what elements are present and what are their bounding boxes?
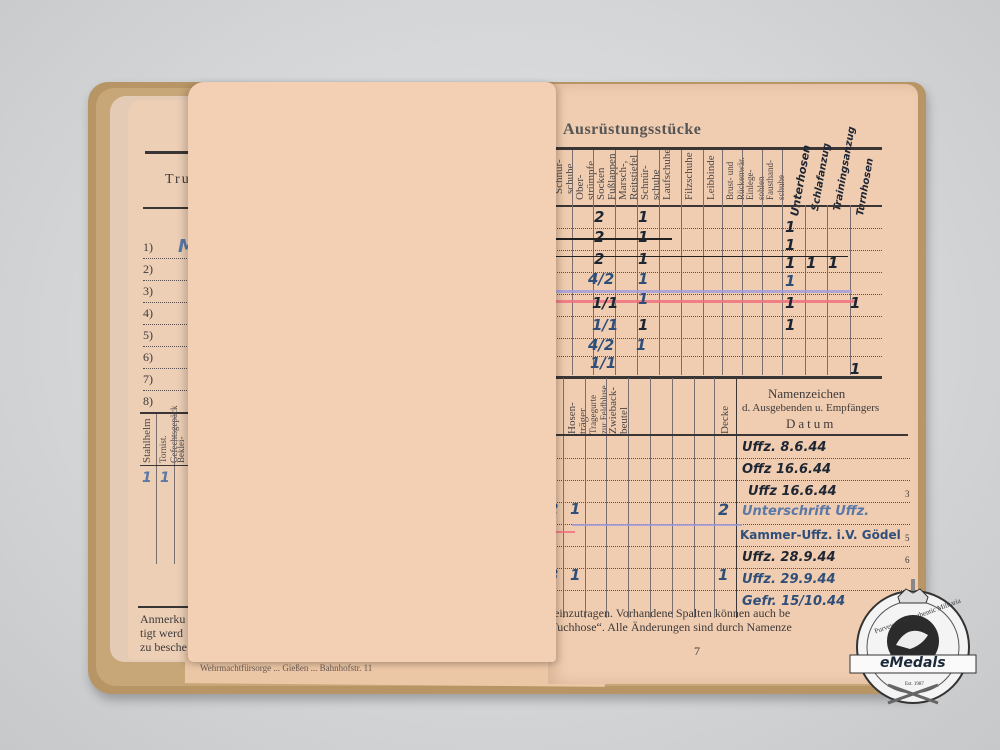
lower-mark: 1 <box>570 566 580 584</box>
left-footnote-line: Anmerku <box>140 612 185 627</box>
signature-header-line3: Datum <box>786 416 836 432</box>
entry-schnuer: 1 <box>638 290 648 308</box>
row-number: 3) <box>143 284 153 299</box>
left-footnote-line: tigt werd <box>140 626 183 641</box>
signature-entry: Uffz. 29.9.44 <box>742 572 836 587</box>
row-number: 1) <box>143 240 153 255</box>
bottom-strip-text: Wehrmachtfürsorge ... Gießen ... Bahnhof… <box>200 663 560 673</box>
entry-socken: 1/1 <box>590 354 616 372</box>
dotted-line <box>143 258 193 259</box>
watermark-brand: eMedals <box>880 655 946 671</box>
entry-schnuer: 1 <box>638 316 648 334</box>
col-header-stahlhelm: Stahlhelm <box>142 418 153 463</box>
col-header: Brust- und Rückenwär. <box>725 152 747 200</box>
col-header: Laufschuhe <box>662 152 673 200</box>
blue-strike <box>552 290 852 293</box>
signature-entry: Uffz 16.6.44 <box>748 484 837 499</box>
left-section-rule <box>140 412 195 414</box>
signature-header-line1: Namenzeichen <box>768 386 845 402</box>
entry-schnuer: 1 <box>638 250 648 268</box>
col-header: Einlege-sohlen <box>745 152 767 200</box>
left-mark: 1 <box>160 470 170 486</box>
row-number: 4) <box>143 306 153 321</box>
col-header: Zwieback-beutel <box>608 384 630 434</box>
right-footnote-line: n einzutragen. Vorhandene Spalten können… <box>545 606 790 621</box>
entry-socken: 2 <box>594 250 604 268</box>
red-strike <box>540 300 856 303</box>
row-number: 5) <box>143 328 153 343</box>
lower-mark-decke: 1 <box>718 566 728 584</box>
section-title: Ausrüstungsstücke <box>563 121 701 139</box>
row-number: 6) <box>143 350 153 365</box>
signature-entry: Uffz. 8.6.44 <box>742 440 826 455</box>
row-number: 2) <box>143 262 153 277</box>
row-number: 7) <box>143 372 153 387</box>
strike-through <box>552 256 848 257</box>
row-suffix: 6 <box>905 555 910 565</box>
header-rule <box>552 147 882 150</box>
col-header: Filzschuhe <box>684 152 695 200</box>
left-mark: 1 <box>142 470 152 486</box>
row-suffix: 5 <box>905 533 910 543</box>
entry-extra: 1 <box>785 316 795 334</box>
row-suffix: 3 <box>905 489 910 499</box>
lower-mark-decke: 2 <box>718 500 729 519</box>
signature-header-line2: d. Ausgebenden u. Empfängers <box>742 402 879 414</box>
entry-schnuer: 1 <box>638 270 648 288</box>
entry-socken: 2 <box>594 228 604 246</box>
left-footnote-line: zu besche <box>140 640 187 655</box>
watermark-established: Est. 1987 <box>905 682 924 687</box>
entry-socken: 1/1 <box>592 294 618 312</box>
dotted-line <box>143 324 193 325</box>
left-table-rule <box>143 207 193 209</box>
signature-entry: Unterschrift Uffz. <box>742 504 869 519</box>
col-header: Leibbinde <box>706 152 717 200</box>
kammer-stamp: Kammer-Uffz. i.V. Gödel <box>740 528 901 542</box>
entry-schnuer: 1 <box>636 336 646 354</box>
entry-schnuer: 1 <box>638 208 648 226</box>
entry-extra: 1 <box>785 294 795 312</box>
right-footnote-line: „Tuchhose“. Alle Änderungen sind durch N… <box>545 620 792 635</box>
dotted-line <box>143 346 193 347</box>
lower-mark: 1 <box>570 500 580 518</box>
signature-entry: Offz 16.6.44 <box>742 462 831 477</box>
signature-entry: Uffz. 28.9.44 <box>742 550 836 565</box>
folded-blank-page <box>188 82 556 662</box>
dotted-line <box>143 302 193 303</box>
page-number: 7 <box>694 644 700 659</box>
col-header-decke: Decke <box>720 384 731 434</box>
entry-extra: 1 <box>785 218 795 236</box>
col-header: Fausthand-schuhe <box>765 152 787 200</box>
emedals-seal-icon <box>848 575 978 710</box>
entry-extra: 1 <box>850 294 860 312</box>
strike-through <box>556 238 672 240</box>
dotted-line <box>143 368 193 369</box>
dotted-line <box>143 280 193 281</box>
entry-extra: 1 <box>785 236 795 254</box>
entry-extra: 1 <box>785 272 795 290</box>
entry-socken: 4/2 <box>588 270 614 288</box>
dotted-line <box>143 390 193 391</box>
entry-socken: 2 <box>594 208 604 226</box>
entry-socken: 4/2 <box>588 336 614 354</box>
row-number: 8) <box>143 394 153 409</box>
entry-schnuer: 1 <box>638 228 648 246</box>
entry-socken: 1/1 <box>592 316 618 334</box>
